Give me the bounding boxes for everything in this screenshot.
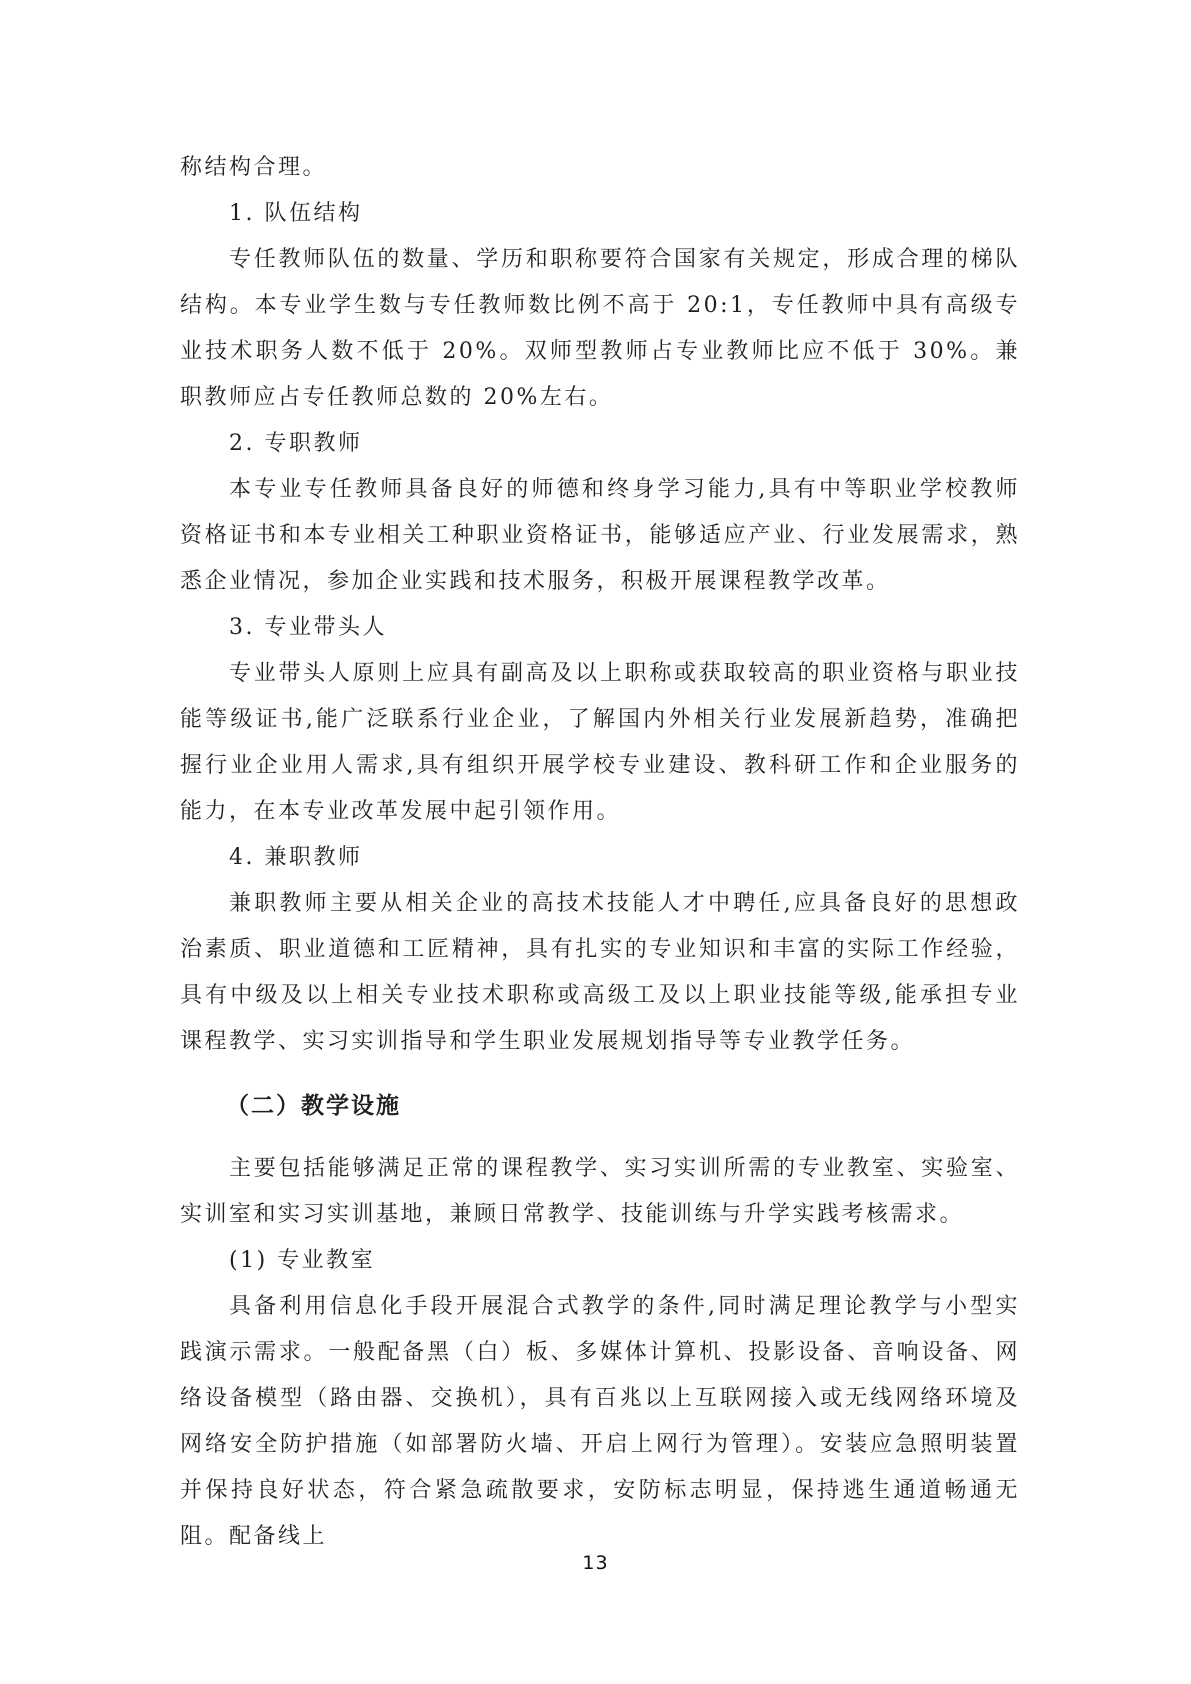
section-heading: （二）教学设施 xyxy=(180,1083,1020,1129)
numbered-item-heading: 2. 专职教师 xyxy=(180,421,1020,467)
paragraph: 主要包括能够满足正常的课程教学、实习实训所需的专业教室、实验室、实训室和实习实训… xyxy=(180,1146,1020,1238)
numbered-item-heading: 4. 兼职教师 xyxy=(180,835,1020,881)
paragraph: 专任教师队伍的数量、学历和职称要符合国家有关规定，形成合理的梯队结构。本专业学生… xyxy=(180,237,1020,421)
page-body: 称结构合理。 1. 队伍结构 专任教师队伍的数量、学历和职称要符合国家有关规定，… xyxy=(180,145,1020,1560)
paragraph: 兼职教师主要从相关企业的高技术技能人才中聘任,应具备良好的思想政治素质、职业道德… xyxy=(180,881,1020,1065)
numbered-item-heading: 3. 专业带头人 xyxy=(180,605,1020,651)
paragraph: 专业带头人原则上应具有副高及以上职称或获取较高的职业资格与职业技能等级证书,能广… xyxy=(180,651,1020,835)
page-number: 13 xyxy=(0,1552,1191,1574)
numbered-item-heading: 1. 队伍结构 xyxy=(180,191,1020,237)
paragraph: 具备利用信息化手段开展混合式教学的条件,同时满足理论教学与小型实践演示需求。一般… xyxy=(180,1284,1020,1560)
paragraph-continuation: 称结构合理。 xyxy=(180,145,1020,191)
numbered-item-heading: (1) 专业教室 xyxy=(180,1238,1020,1284)
paragraph: 本专业专任教师具备良好的师德和终身学习能力,具有中等职业学校教师资格证书和本专业… xyxy=(180,467,1020,605)
document-page: 称结构合理。 1. 队伍结构 专任教师队伍的数量、学历和职称要符合国家有关规定，… xyxy=(0,0,1191,1684)
